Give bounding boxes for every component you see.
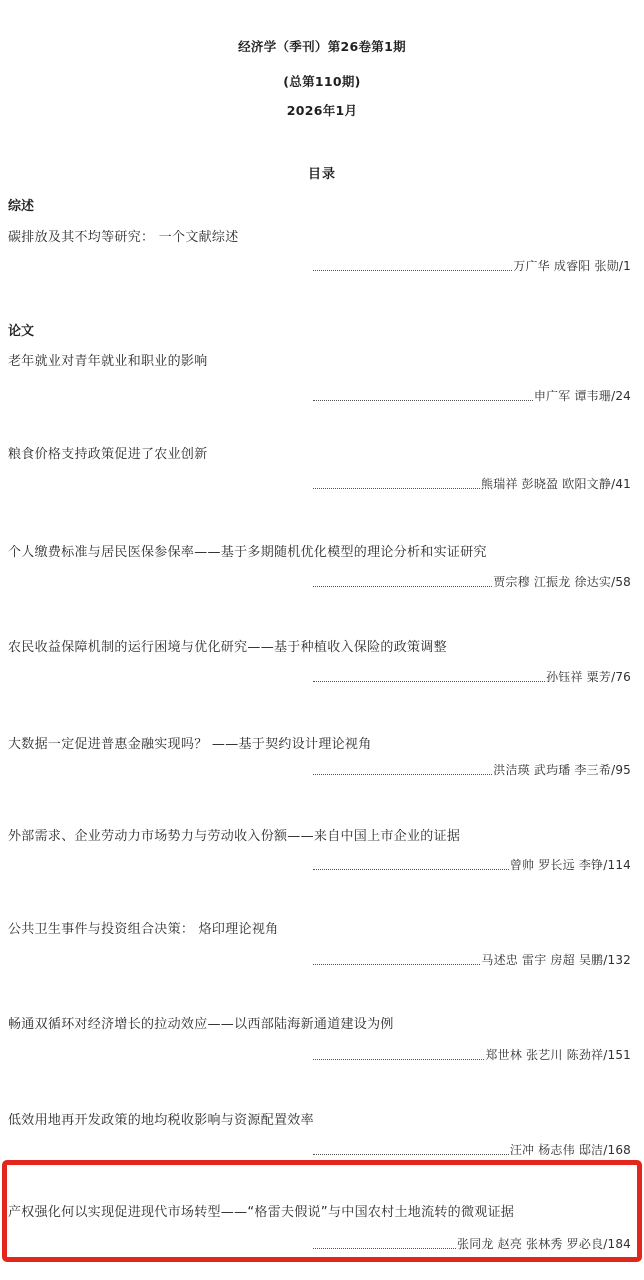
dot-leader — [313, 681, 545, 682]
dot-leader — [313, 1059, 484, 1060]
article-authors: 郑世林 张艺川 陈劲祥/151 — [485, 1046, 631, 1063]
article-title: 个人缴费标准与居民医保参保率——基于多期随机优化模型的理论分析和实证研究 — [8, 541, 487, 560]
article-authors-row: 孙钰祥 粟芳/76 — [313, 668, 631, 685]
article-authors-row: 张同龙 赵亮 张林秀 罗必良/184 — [313, 1235, 631, 1252]
article-authors: 申广军 谭韦珊/24 — [534, 387, 631, 404]
dot-leader — [313, 270, 512, 271]
article-title: 低效用地再开发政策的地均税收影响与资源配置效率 — [8, 1109, 314, 1128]
article-title: 外部需求、企业劳动力市场势力与劳动收入份额——来自中国上市企业的证据 — [8, 825, 460, 844]
article-title: 大数据一定促进普惠金融实现吗？ ——基于契约设计理论视角 — [8, 733, 372, 752]
article-authors-row: 熊瑞祥 彭晓盈 欧阳文静/41 — [313, 475, 631, 492]
section-label-articles: 论文 — [8, 320, 34, 339]
article-authors: 汪冲 杨志伟 邸洁/168 — [510, 1141, 631, 1158]
article-authors: 洪洁瑛 武玙璠 李三希/95 — [493, 761, 631, 778]
article-authors-row: 贾宗穆 江振龙 徐达实/58 — [313, 573, 631, 590]
article-authors-row: 万广华 成睿阳 张勋/1 — [313, 257, 631, 274]
dot-leader — [313, 488, 480, 489]
dot-leader — [313, 869, 509, 870]
article-authors: 熊瑞祥 彭晓盈 欧阳文静/41 — [481, 475, 631, 492]
dot-leader — [313, 1154, 509, 1155]
article-authors: 马述忠 雷宇 房超 吴鹏/132 — [481, 951, 631, 968]
article-authors: 曾帅 罗长远 李铮/114 — [510, 856, 631, 873]
article-title: 公共卫生事件与投资组合决策： 烙印理论视角 — [8, 918, 278, 937]
article-title-highlighted: 产权强化何以实现促进现代市场转型——“格雷夫假说”与中国农村土地流转的微观证据 — [8, 1201, 514, 1220]
dot-leader — [313, 400, 533, 401]
article-title: 老年就业对青年就业和职业的影响 — [8, 350, 208, 369]
masthead-line1: 经济学（季刊）第26卷第1期 — [0, 37, 644, 55]
article-title: 农民收益保障机制的运行困境与优化研究——基于种植收入保险的政策调整 — [8, 636, 447, 655]
article-title: 畅通双循环对经济增长的拉动效应——以西部陆海新通道建设为例 — [8, 1013, 394, 1032]
dot-leader — [313, 586, 492, 587]
article-authors-row: 郑世林 张艺川 陈劲祥/151 — [313, 1046, 631, 1063]
article-title: 粮食价格支持政策促进了农业创新 — [8, 443, 208, 462]
article-authors: 张同龙 赵亮 张林秀 罗必良/184 — [457, 1235, 631, 1252]
dot-leader — [313, 1248, 456, 1249]
article-authors: 孙钰祥 粟芳/76 — [546, 668, 631, 685]
article-authors: 贾宗穆 江振龙 徐达实/58 — [493, 573, 631, 590]
article-authors: 万广华 成睿阳 张勋/1 — [513, 257, 631, 274]
article-authors-row: 洪洁瑛 武玙璠 李三希/95 — [313, 761, 631, 778]
article-title: 碳排放及其不均等研究： 一个文献综述 — [8, 226, 239, 245]
section-label-review: 综述 — [8, 195, 34, 214]
article-authors-row: 曾帅 罗长远 李铮/114 — [313, 856, 631, 873]
dot-leader — [313, 774, 492, 775]
article-authors-row: 马述忠 雷宇 房超 吴鹏/132 — [313, 951, 631, 968]
masthead-line2: (总第110期) — [0, 72, 644, 90]
masthead-line3: 2026年1月 — [0, 101, 644, 119]
article-authors-row: 申广军 谭韦珊/24 — [313, 387, 631, 404]
article-authors-row: 汪冲 杨志伟 邸洁/168 — [313, 1141, 631, 1158]
journal-toc-page: 经济学（季刊）第26卷第1期 (总第110期) 2026年1月 目录 综述 碳排… — [0, 0, 644, 1280]
toc-title: 目录 — [0, 163, 644, 182]
dot-leader — [313, 964, 480, 965]
